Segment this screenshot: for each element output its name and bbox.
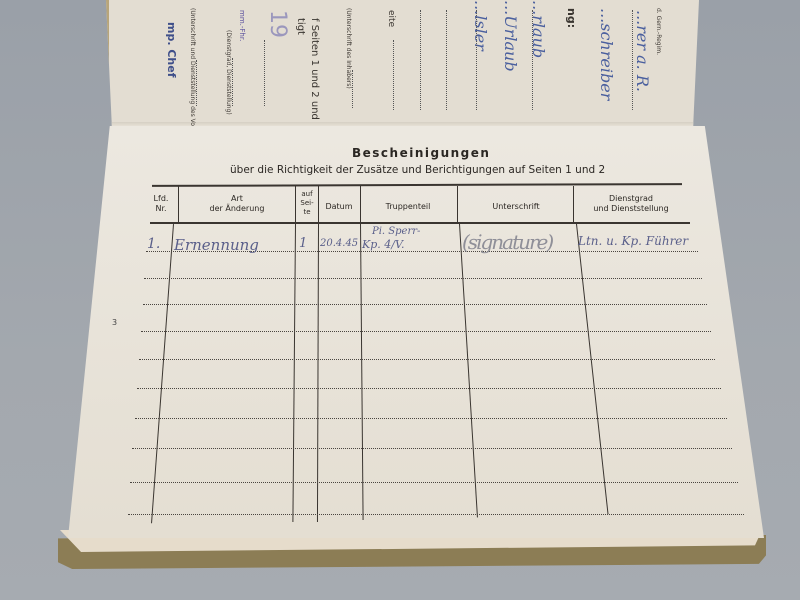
top-printed-text: tigt — [295, 18, 306, 35]
row-line — [144, 278, 702, 279]
dotted-line — [532, 10, 533, 110]
dotted-line — [632, 10, 633, 110]
handwriting: ...rer a. R. — [633, 10, 652, 92]
entry-truppenteil: Pi. Sperr- — [372, 226, 420, 237]
page-subtitle: über die Richtigkeit der Zusätze und Ber… — [230, 164, 605, 176]
dotted-line — [420, 10, 421, 110]
dotted-line — [393, 40, 394, 110]
column-divider — [318, 186, 319, 222]
col-header-unterschrift: Unterschrift — [458, 202, 574, 212]
top-printed-text: mm.-Fhr. — [238, 10, 246, 41]
handwriting: ...schreiber — [597, 8, 616, 100]
entry-art: Ernennung — [174, 236, 259, 254]
top-printed-text: (Unterschrift des Inhabers) — [345, 8, 352, 89]
row-line — [130, 482, 738, 483]
top-printed-text: f Seiten 1 und 2 und — [309, 18, 320, 120]
col-header-art: Art der Änderung — [178, 194, 296, 214]
column-divider — [573, 186, 574, 222]
dotted-line — [446, 10, 447, 110]
top-printed-text: eite — [386, 10, 396, 27]
row-line — [143, 304, 707, 305]
row-line — [132, 448, 732, 449]
page-title: Bescheinigungen — [352, 146, 490, 160]
entry-dienstgrad: Ltn. u. Kp. Führer — [578, 234, 688, 248]
col-header-dienstgrad: Dienstgrad und Dienststellung — [574, 194, 688, 214]
table-header-rule — [150, 222, 690, 224]
handwriting: ...lsler — [471, 0, 490, 51]
row-line — [139, 359, 715, 360]
col-header-truppenteil: Truppenteil — [360, 202, 456, 212]
dotted-line — [476, 10, 477, 110]
entry-nr: 1. — [147, 236, 160, 252]
top-printed-text: ng: — [565, 8, 578, 28]
column-divider — [178, 186, 179, 222]
dotted-line — [264, 40, 265, 106]
entry-truppenteil: Kp. 4/V. — [362, 238, 404, 251]
column-divider — [360, 186, 361, 222]
main-page — [68, 126, 764, 538]
row-line — [137, 388, 721, 389]
column-divider — [457, 186, 458, 222]
column-divider — [295, 186, 296, 222]
handwriting: ...Urlaub — [501, 0, 520, 72]
col-header-nr: Lfd. Nr. — [146, 194, 176, 214]
row-line — [141, 331, 711, 332]
col-header-datum: Datum — [318, 202, 360, 212]
dotted-line — [196, 60, 197, 106]
top-printed-text: (Dienstgrad, Dienststellung) — [225, 30, 232, 115]
top-printed-text: mp. Chef — [165, 22, 178, 78]
signature: (signature) — [462, 230, 552, 254]
stamp-mark: 19 — [265, 10, 290, 38]
row-line — [135, 418, 727, 419]
dotted-line — [232, 58, 233, 106]
entry-datum: 20.4.45 — [320, 238, 358, 249]
entry-seite: 1 — [299, 236, 307, 251]
top-printed-text: d. Gern.-Regim. — [655, 8, 662, 55]
dotted-line — [352, 70, 353, 108]
row-line — [128, 514, 744, 515]
side-mark: 3 — [112, 318, 117, 327]
col-header-seite: auf Sei- te — [296, 190, 318, 217]
